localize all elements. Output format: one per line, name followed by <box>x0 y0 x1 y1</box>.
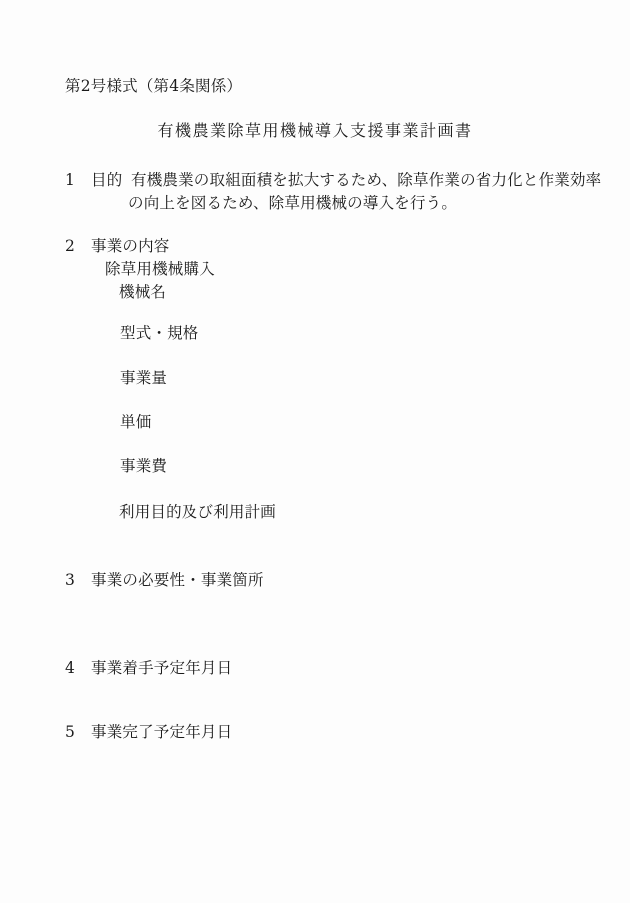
field-label-unit-price: 単価 <box>120 411 151 433</box>
section-2-sub-heading: 除草用機械購入 <box>105 258 215 280</box>
section-4-heading: 事業着手予定年月日 <box>91 657 232 679</box>
section-3-heading: 事業の必要性・事業箇所 <box>91 569 264 591</box>
document-page: 第2号様式（第4条関係） 有機農業除草用機械導入支援事業計画書 1 目的 有機農… <box>0 0 630 903</box>
section-1-number: 1 <box>65 169 85 191</box>
section-1-heading: 目的 <box>91 169 122 191</box>
section-1-body-line-1: 有機農業の取組面積を拡大するため、除草作業の省力化と作業効率 <box>131 169 601 191</box>
section-2-number: 2 <box>65 235 85 257</box>
section-2-heading: 事業の内容 <box>91 235 170 257</box>
field-label-model-spec: 型式・規格 <box>120 322 199 344</box>
field-label-project-cost: 事業費 <box>120 455 167 477</box>
section-5-number: 5 <box>65 721 85 743</box>
form-number-label: 第2号様式（第4条関係） <box>65 75 242 97</box>
section-4-number: 4 <box>65 657 85 679</box>
document-title: 有機農業除草用機械導入支援事業計画書 <box>0 120 630 142</box>
section-1-body-line-2: の向上を図るため、除草用機械の導入を行う。 <box>128 192 457 214</box>
section-5-heading: 事業完了予定年月日 <box>91 721 232 743</box>
section-3-number: 3 <box>65 569 85 591</box>
field-label-project-quantity: 事業量 <box>120 367 167 389</box>
field-label-usage-purpose-plan: 利用目的及び利用計画 <box>119 501 276 523</box>
field-label-machine-name: 機械名 <box>119 281 166 303</box>
